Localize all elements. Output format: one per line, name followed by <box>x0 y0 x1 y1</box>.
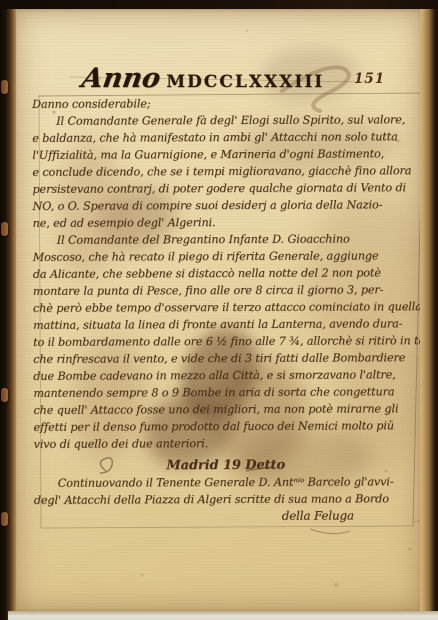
binding-stitch <box>1 388 8 402</box>
manuscript-line: Madrid 19 Detto <box>34 456 418 475</box>
page-header: AnnoMDCCLXXXIII <box>82 63 342 94</box>
manuscript-line: to il bombardamento dalle ore 6 ½ fino a… <box>33 332 417 351</box>
manuscript-line: Il Comandante del Bregantino Infante D. … <box>33 230 417 249</box>
binding-stitch <box>1 222 8 236</box>
manuscript-line: mattina, situata la linea di fronte avan… <box>33 315 417 334</box>
title-year-roman: MDCCLXXXIII <box>166 72 324 92</box>
manuscript-line: da Alicante, che sebbene si distaccò nel… <box>33 264 417 283</box>
manuscript-line: della Feluga <box>34 507 418 526</box>
manuscript-line: montare la punta di Pesce, fino alle ore… <box>33 281 417 300</box>
manuscript-line: e conclude dicendo, che se i tempi migli… <box>32 162 416 181</box>
manuscript-line: effetti per il denso fumo prodotto dal f… <box>33 417 417 436</box>
manuscript-line: degl' Attacchi della Piazza di Algeri sc… <box>34 490 418 509</box>
manuscript-line: ne, ed ad esempio degl' Algerini. <box>33 213 417 232</box>
book-top-edge <box>0 0 438 9</box>
manuscript-line: Continuovando il Tenente Generale D. Ant… <box>34 473 418 492</box>
manuscript-line: mantenendo sempre 8 o 9 Bombe in aria di… <box>33 383 417 402</box>
manuscript-line: vivo di quello dei due anteriori. <box>34 434 418 453</box>
manuscript-line: e baldanza, che hà manifestato in ambi g… <box>32 128 416 147</box>
manuscript-line: persistevano contrarj, di poter godere q… <box>32 179 416 198</box>
manuscript-line: due Bombe cadevano in mezzo alla Città, … <box>33 366 417 385</box>
manuscript-text: Danno considerabile;Il Comandante Genera… <box>32 94 418 526</box>
page-edge-stack <box>420 0 438 614</box>
manuscript-line: Il Comandante Generale fà degl' Elogi su… <box>32 111 416 130</box>
manuscript-line: NO, o O. Sperava di compire suoi desider… <box>33 196 417 215</box>
manuscript-line: l'Uffizialità, ma la Guarnigione, e Mari… <box>32 145 416 164</box>
manuscript-line: che quell' Attacco fosse uno dei miglior… <box>33 400 417 419</box>
manuscript-line: Moscoso, che hà recato il piego di rifer… <box>33 247 417 266</box>
folio-number: 151 <box>354 71 385 87</box>
manuscript-page: AnnoMDCCLXXXIII 151 Danno considerabile;… <box>14 9 422 612</box>
binding-stitch <box>1 80 8 94</box>
binding-stitch <box>1 512 8 526</box>
manuscript-line: che rinfrescava il vento, e vide che di … <box>33 349 417 368</box>
book-scan: AnnoMDCCLXXXIII 151 Danno considerabile;… <box>0 0 438 620</box>
scanner-background-strip <box>8 611 438 620</box>
book-binding-gutter <box>0 0 16 620</box>
manuscript-line: chè però ebbe tempo d'osservare il terzo… <box>33 298 417 317</box>
title-anno: Anno <box>80 63 163 94</box>
manuscript-line: Danno considerabile; <box>32 94 416 113</box>
